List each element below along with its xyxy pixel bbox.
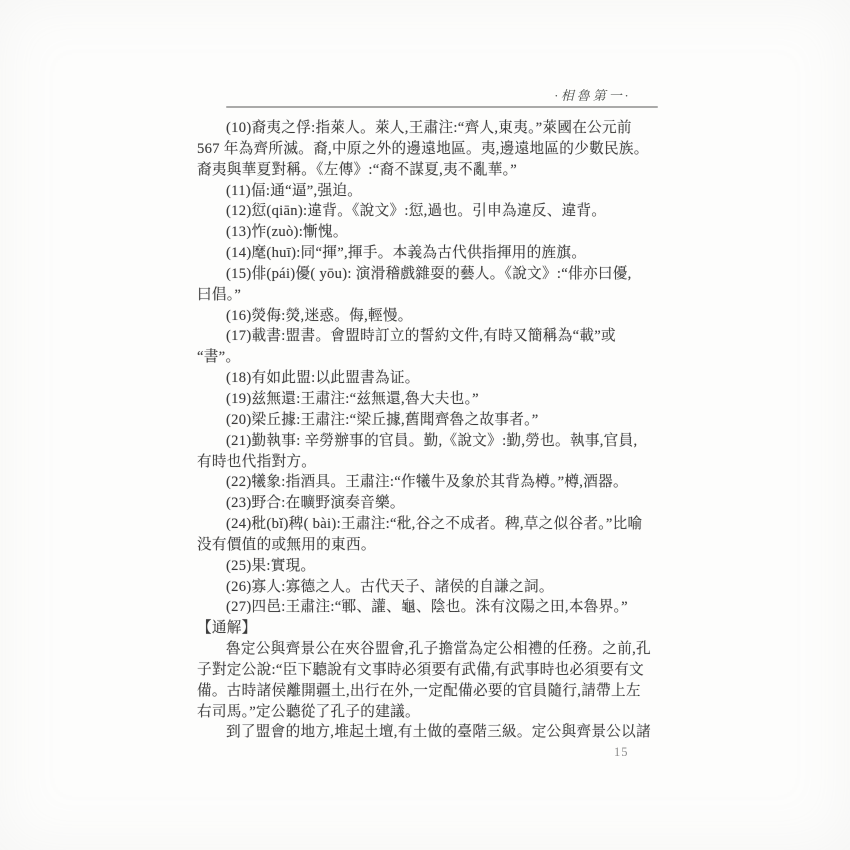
annotation-line: (17)載書:盟書。會盟時訂立的誓約文件,有時又簡稱為“載”或: [197, 326, 663, 347]
paragraph-line: 魯定公與齊景公在夾谷盟會,孔子擔當為定公相禮的任務。之前,孔: [197, 639, 663, 660]
annotation-line: 曰倡。”: [197, 285, 663, 306]
annotation-line: 裔夷與華夏對稱。《左傳》:“裔不謀夏,夷不亂華。”: [197, 160, 663, 181]
paragraph-line: 備。古時諸侯離開疆土,出行在外,一定配備必要的官員隨行,請帶上左: [197, 681, 663, 702]
annotation-line: (23)野合:在曠野演奏音樂。: [197, 493, 663, 514]
annotation-line: (20)梁丘據:王肅注:“梁丘據,舊聞齊魯之故事者。”: [197, 410, 663, 431]
section-heading: 【通解】: [197, 618, 663, 639]
paragraph-line: 子對定公說:“臣下聽說有文事時必須要有武備,有武事時也必須要有文: [197, 660, 663, 681]
annotation-line: (26)寡人:寡德之人。古代天子、諸侯的自謙之詞。: [197, 577, 663, 598]
annotation-line: (14)麾(huī):同“揮”,揮手。本義為古代供指揮用的旌旗。: [197, 243, 663, 264]
annotation-line: (18)有如此盟:以此盟書為证。: [197, 368, 663, 389]
annotation-line: (27)四邑:王肅注:“鄆、讙、龜、陰也。洙有汶陽之田,本魯界。”: [197, 597, 663, 618]
page-number: 15: [614, 745, 629, 760]
paragraph-line: 右司馬。”定公聽從了孔子的建議。: [197, 702, 663, 723]
annotation-line: (21)勤執事: 辛勞辦事的官員。勤,《說文》:勤,勞也。執事,官員,: [197, 431, 663, 452]
annotation-line: 没有價值的或無用的東西。: [197, 535, 663, 556]
annotation-line: (25)果:實現。: [197, 556, 663, 577]
scanned-page: ·相魯第一· (10)裔夷之俘:指萊人。萊人,王肅注:“齊人,東夷。”萊國在公元…: [0, 0, 850, 850]
annotation-line: (10)裔夷之俘:指萊人。萊人,王肅注:“齊人,東夷。”萊國在公元前: [197, 118, 663, 139]
annotation-line: (19)兹無還:王肅注:“兹無還,魯大夫也。”: [197, 389, 663, 410]
annotation-line: (15)俳(pái)優( yōu): 演滑稽戲雜耍的藝人。《說文》:“俳亦曰優,: [197, 264, 663, 285]
paragraph-line: 到了盟會的地方,堆起土壇,有土做的臺階三級。定公與齊景公以諸: [197, 722, 663, 743]
page-body: (10)裔夷之俘:指萊人。萊人,王肅注:“齊人,東夷。”萊國在公元前 567 年…: [197, 118, 663, 743]
annotation-line: (24)秕(bǐ)稗( bài):王肅注:“秕,谷之不成者。稗,草之似谷者。”比…: [197, 514, 663, 535]
header-rule: [226, 106, 658, 108]
annotation-line: (22)犧象:指酒具。王肅注:“作犧牛及象於其背為樽。”樽,酒器。: [197, 472, 663, 493]
annotation-line: 567 年為齊所滅。裔,中原之外的邊遠地區。夷,邊遠地區的少數民族。: [197, 139, 663, 160]
annotation-line: “書”。: [197, 347, 663, 368]
annotation-line: (11)偪:通“逼”,强迫。: [197, 181, 663, 202]
running-header-title: ·相魯第一·: [554, 85, 631, 104]
annotation-line: (13)怍(zuò):慚愧。: [197, 222, 663, 243]
annotation-line: 有時也代指對方。: [197, 452, 663, 473]
annotation-line: (16)熒侮:熒,迷惑。侮,輕慢。: [197, 306, 663, 327]
annotation-line: (12)愆(qiān):違背。《說文》:愆,過也。引申為違反、違背。: [197, 201, 663, 222]
